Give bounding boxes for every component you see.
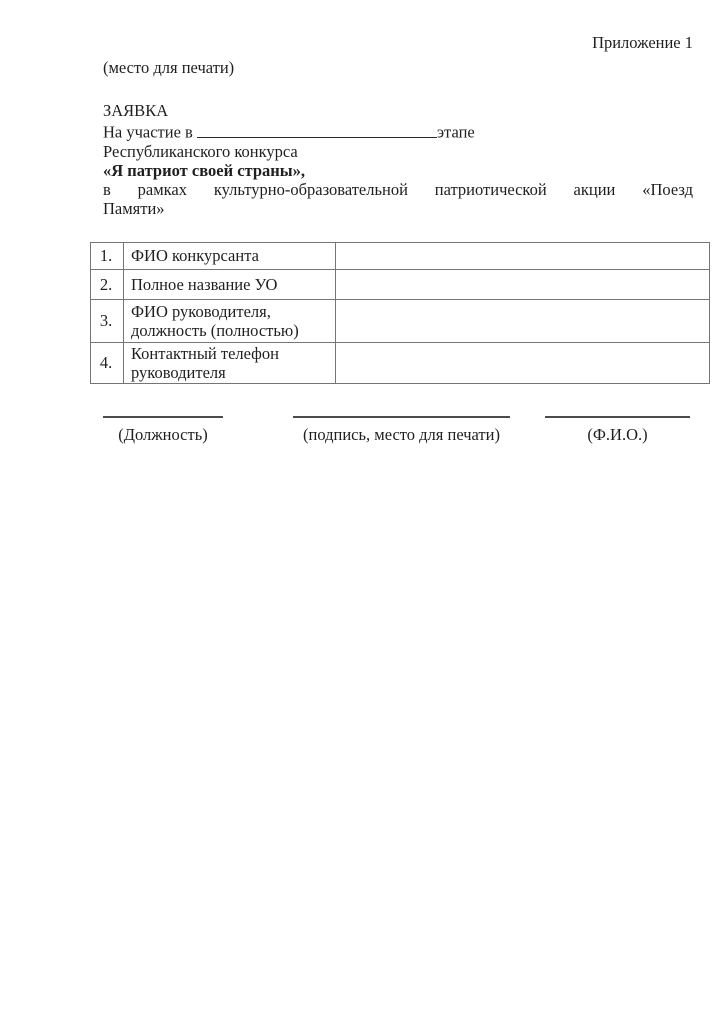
- campaign-line-start: в рамках культурно-образовательной патри…: [103, 180, 693, 199]
- signature-fio: (Ф.И.О.): [545, 416, 690, 444]
- signature-line: [103, 416, 223, 418]
- signature-label: (подпись, место для печати): [293, 425, 510, 444]
- table-row: 4. Контактный телефон руководителя: [91, 342, 710, 383]
- signature-line: [293, 416, 510, 418]
- table-row: 3. ФИО руководителя, должность (полность…: [91, 299, 710, 342]
- appendix-label: Приложение 1: [0, 33, 693, 52]
- application-header: ЗАЯВКА На участие в этапе Республиканско…: [103, 101, 693, 218]
- participation-suffix: этапе: [437, 123, 475, 142]
- signature-label: (Ф.И.О.): [545, 425, 690, 444]
- row-number: 1.: [91, 242, 124, 269]
- signature-block: (Должность) (подпись, место для печати) …: [103, 416, 693, 444]
- application-title: ЗАЯВКА: [103, 101, 693, 120]
- signature-label: (Должность): [103, 425, 223, 444]
- signature-stamp: (подпись, место для печати): [293, 416, 510, 444]
- signature-line: [545, 416, 690, 418]
- row-label: Контактный телефон руководителя: [124, 342, 336, 383]
- row-value-cell: [336, 299, 710, 342]
- application-form-table: 1. ФИО конкурсанта 2. Полное название УО…: [90, 242, 710, 384]
- row-number: 3.: [91, 299, 124, 342]
- signature-position: (Должность): [103, 416, 223, 444]
- document-page: Приложение 1 (место для печати) ЗАЯВКА Н…: [0, 0, 724, 1024]
- row-number: 2.: [91, 269, 124, 299]
- seal-note: (место для печати): [103, 58, 693, 77]
- row-number: 4.: [91, 342, 124, 383]
- row-value-cell: [336, 242, 710, 269]
- table-row: 2. Полное название УО: [91, 269, 710, 299]
- row-label: ФИО руководителя, должность (полностью): [124, 299, 336, 342]
- row-label: ФИО конкурсанта: [124, 242, 336, 269]
- campaign-line-end: Памяти»: [103, 199, 693, 218]
- row-value-cell: [336, 342, 710, 383]
- contest-line: Республиканского конкурса: [103, 142, 693, 161]
- stage-blank-line: [197, 120, 437, 138]
- row-label: Полное название УО: [124, 269, 336, 299]
- participation-line: На участие в этапе: [103, 120, 693, 142]
- row-value-cell: [336, 269, 710, 299]
- participation-prefix: На участие в: [103, 123, 193, 142]
- table-row: 1. ФИО конкурсанта: [91, 242, 710, 269]
- contest-name: «Я патриот своей страны»,: [103, 161, 693, 180]
